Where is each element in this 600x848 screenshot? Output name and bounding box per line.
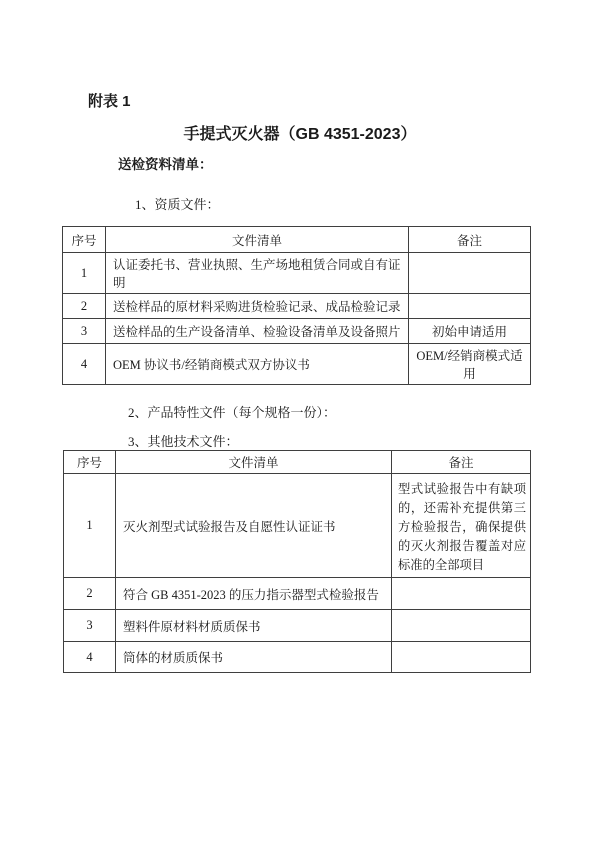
remark-cell: 初始申请适用 bbox=[409, 319, 531, 344]
document-name-cell: 认证委托书、营业执照、生产场地租赁合同或自有证明 bbox=[106, 253, 409, 294]
serial-number-cell: 2 bbox=[63, 294, 106, 319]
table-row: 1 认证委托书、营业执照、生产场地租赁合同或自有证明 bbox=[63, 253, 531, 294]
submission-list-heading: 送检资料清单： bbox=[118, 158, 600, 172]
document-name-cell: 送检样品的原材料采购进货检验记录、成品检验记录 bbox=[106, 294, 409, 319]
table-header-row: 序号 文件清单 备注 bbox=[63, 227, 531, 253]
document-name-cell: 符合 GB 4351-2023 的压力指示器型式检验报告 bbox=[116, 578, 392, 610]
remark-cell: 型式试验报告中有缺项的，还需补充提供第三方检验报告，确保提供的灭火剂报告覆盖对应… bbox=[392, 474, 531, 578]
serial-number-cell: 3 bbox=[64, 610, 116, 642]
column-header-remarks: 备注 bbox=[409, 227, 531, 253]
document-name-cell: 塑料件原材料材质质保书 bbox=[116, 610, 392, 642]
serial-number-cell: 3 bbox=[63, 319, 106, 344]
other-technical-documents-table: 序号 文件清单 备注 1 灭火剂型式试验报告及自愿性认证证书 型式试验报告中有缺… bbox=[63, 450, 531, 673]
section-3-other-technical-documents: 3、其他技术文件： bbox=[128, 435, 600, 448]
table-row: 3 送检样品的生产设备清单、检验设备清单及设备照片 初始申请适用 bbox=[63, 319, 531, 344]
section-1-qualification-documents: 1、资质文件： bbox=[135, 198, 600, 211]
table-row: 1 灭火剂型式试验报告及自愿性认证证书 型式试验报告中有缺项的，还需补充提供第三… bbox=[64, 474, 531, 578]
table-row: 3 塑料件原材料材质质保书 bbox=[64, 610, 531, 642]
section-2-product-characteristic-documents: 2、产品特性文件（每个规格一份）： bbox=[128, 406, 600, 419]
table-row: 2 符合 GB 4351-2023 的压力指示器型式检验报告 bbox=[64, 578, 531, 610]
remark-cell: OEM/经销商模式适用 bbox=[409, 344, 531, 385]
serial-number-cell: 4 bbox=[63, 344, 106, 385]
document-title: 手提式灭火器（GB 4351-2023） bbox=[0, 124, 600, 146]
qualification-documents-table: 序号 文件清单 备注 1 认证委托书、营业执照、生产场地租赁合同或自有证明 2 … bbox=[62, 226, 531, 385]
table-row: 4 筒体的材质质保书 bbox=[64, 642, 531, 673]
serial-number-cell: 1 bbox=[64, 474, 116, 578]
remark-cell bbox=[392, 610, 531, 642]
table-header-row: 序号 文件清单 备注 bbox=[64, 451, 531, 474]
column-header-document-list: 文件清单 bbox=[116, 451, 392, 474]
table-row: 4 OEM 协议书/经销商模式双方协议书 OEM/经销商模式适用 bbox=[63, 344, 531, 385]
table-row: 2 送检样品的原材料采购进货检验记录、成品检验记录 bbox=[63, 294, 531, 319]
appendix-label: 附表 1 bbox=[88, 93, 600, 111]
column-header-serial-number: 序号 bbox=[63, 227, 106, 253]
document-name-cell: 送检样品的生产设备清单、检验设备清单及设备照片 bbox=[106, 319, 409, 344]
serial-number-cell: 4 bbox=[64, 642, 116, 673]
column-header-serial-number: 序号 bbox=[64, 451, 116, 474]
serial-number-cell: 2 bbox=[64, 578, 116, 610]
remark-cell bbox=[409, 253, 531, 294]
column-header-document-list: 文件清单 bbox=[106, 227, 409, 253]
remark-cell bbox=[392, 578, 531, 610]
serial-number-cell: 1 bbox=[63, 253, 106, 294]
document-name-cell: OEM 协议书/经销商模式双方协议书 bbox=[106, 344, 409, 385]
remark-cell bbox=[392, 642, 531, 673]
document-name-cell: 筒体的材质质保书 bbox=[116, 642, 392, 673]
column-header-remarks: 备注 bbox=[392, 451, 531, 474]
document-name-cell: 灭火剂型式试验报告及自愿性认证证书 bbox=[116, 474, 392, 578]
remark-cell bbox=[409, 294, 531, 319]
